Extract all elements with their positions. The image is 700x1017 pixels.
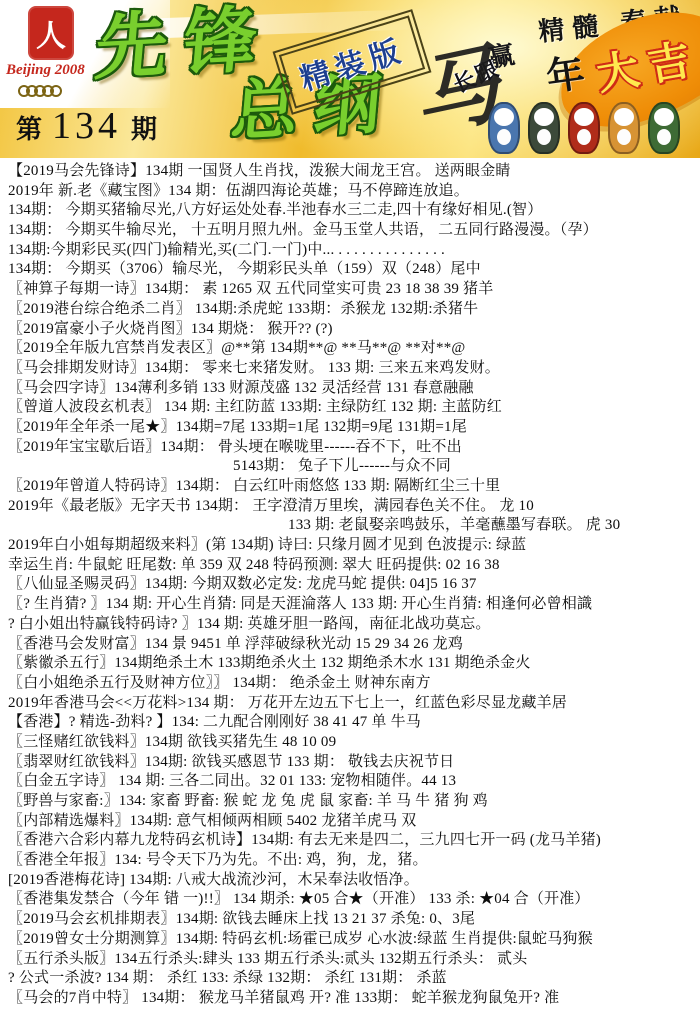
text-line: 〖翡翠财红欲钱料〗134期: 欲钱买感恩节 133 期： 敬钱去庆祝节日 — [8, 753, 698, 773]
text-line: 〖五行杀头版〗134五行杀头:肆头 133 期五行杀头:贰头 132期五行杀头：… — [8, 950, 698, 970]
year-char: 年 — [542, 42, 587, 102]
text-line: 〖白小姐绝杀五行及财神方位〗〗 134期： 绝杀金土 财神东南方 — [8, 674, 698, 694]
issue-prefix: 第 — [16, 115, 42, 144]
content-lines: 【2019马会先锋诗】134期 一国贤人生肖找，泼猴大闹龙王宫。 送两眼金睛20… — [0, 158, 700, 1009]
text-line: 〖香港六合彩内幕九龙特码玄机诗】134期: 有去无来是四二，三九四七开一码 (龙… — [8, 831, 698, 851]
fuwa-huanhuan-red-icon — [568, 102, 600, 154]
fuwa-jingjing-panda-icon — [528, 102, 560, 154]
text-line: 〖野兽与家畜:〗134: 家畜 野畜: 猴 蛇 龙 兔 虎 鼠 家畜: 羊 马 … — [8, 792, 698, 812]
text-line: 134期： 今期买猪输尽光,八方好运处处春.半池春水三二走,四十有缘好相见.(智… — [8, 201, 698, 221]
header-banner: 人 Beijing 2008 先锋 总纲 精装版 精髓 奉献 赢 长跟 马 年 … — [0, 0, 700, 158]
text-line: 〖香港马会发财富〗134 景 9451 单 浮萍破绿秋光动 15 29 34 2… — [8, 635, 698, 655]
text-line: 〖曾道人波段玄机表〗 134 期: 主红防蓝 133期: 主绿防红 132 期:… — [8, 398, 698, 418]
text-line: 〖三怪赌红欲钱料〗134期 欲钱买猪先生 48 10 09 — [8, 733, 698, 753]
text-line: 2019年白小姐每期超级来料〗(第 134期) 诗曰: 只缘月圆才见到 色波提示… — [8, 536, 698, 556]
text-line: 〖2019年宝宝歇后语〗134期： 骨头埂在喉咙里------吞不下，吐不出 — [8, 438, 698, 458]
fuwa-mascots-row — [488, 102, 688, 156]
text-line: 〖2019富豪小子火烧肖图〗134 期烧： 猴开?? (?) — [8, 320, 698, 340]
text-line: 2019年 新.老《藏宝图》134 期：伍湖四海论英雄；马不停蹄连放追。 — [8, 182, 698, 202]
text-line: 〖2019马会玄机排期表〗134期: 欲钱去睡床上找 13 21 37 杀兔: … — [8, 910, 698, 930]
text-line: 〖香港全年报〗134: 号令天下乃为先。不出: 鸡，狗，龙，猪。 — [8, 851, 698, 871]
text-line: 〖马会四字诗〗134薄利多销 133 财源茂盛 132 灵活经营 131 春意融… — [8, 379, 698, 399]
text-line: 【香港】? 精选-劲料? 】134: 二九配合刚刚好 38 41 47 单 牛马 — [8, 713, 698, 733]
text-line: 134期:今期彩民买(四门)输精光,买(二门.一门)中... . . . . .… — [8, 241, 698, 261]
fuwa-yingying-yellow-icon — [608, 102, 640, 154]
text-line: 幸运生肖: 牛鼠蛇 旺尾数: 单 359 双 248 特码预测: 翠大 旺码提供… — [8, 556, 698, 576]
text-line: 134期： 今期买（3706）输尽光， 今期彩民头单（159）双（248）尾中 — [8, 260, 698, 280]
masthead-title-line1: 先锋 — [92, 3, 275, 84]
text-line: ? 白小姐出特赢钱特码诗? 〗134 期: 英雄牙胆一路闯，南征北战功莫忘。 — [8, 615, 698, 635]
text-line: 〖? 生肖猜? 〗134 期: 开心生肖猜: 同是天涯淪落人 133 期: 开心… — [8, 595, 698, 615]
issue-suffix: 期 — [131, 115, 157, 144]
text-line: 〖白金五字诗〗 134 期: 三各二同出。32 01 133: 宠物相随伴。44… — [8, 772, 698, 792]
olympic-rings-icon — [18, 84, 58, 102]
text-line: 〖2019曾女士分期测算〗134期: 特码玄机:场霍已成岁 心水波:绿蓝 生肖提… — [8, 930, 698, 950]
text-line: 〖马会的7肖中特〗 134期： 猴龙马羊猪鼠鸡 开? 准 133期： 蛇羊猴龙狗… — [8, 989, 698, 1009]
fuwa-beibei-blue-icon — [488, 102, 520, 154]
text-line: 134期： 今期买牛输尽光， 十五明月照九州。金马玉堂人共语， 二五同行路漫漫。… — [8, 221, 698, 241]
text-line: 2019年《最老版》无字天书 134期： 王字澄清万里埃，满园春色关不住。 龙 … — [8, 497, 698, 517]
issue-label: 第134期 — [16, 104, 157, 148]
text-line: 〖香港集发禁合（今年 错 一)!!〗 134 期杀: ★05 合★（开准） 13… — [8, 890, 698, 910]
text-line: [2019香港梅花诗] 134期: 八戒大战流沙河，木呆奉法收悟净。 — [8, 871, 698, 891]
text-line: 5143期： 兔子下儿------与众不同 — [8, 457, 698, 477]
text-line: 〖2019年全年杀一尾★〗134期=7尾 133期=1尾 132期=9尾 131… — [8, 418, 698, 438]
text-line: ? 公式一杀波? 134 期： 杀红 133: 杀绿 132期： 杀红 131期… — [8, 969, 698, 989]
text-line: 〖2019港台综合绝杀二肖〗 134期:杀虎蛇 133期：杀猴龙 132期:杀猪… — [8, 300, 698, 320]
text-line: 【2019马会先锋诗】134期 一国贤人生肖找，泼猴大闹龙王宫。 送两眼金睛 — [8, 162, 698, 182]
beijing2008-seal-icon: 人 — [28, 6, 74, 60]
text-line: 〖八仙显圣赐灵码〗134期: 今期双数必定发: 龙虎马蛇 提供: 04]5 16… — [8, 575, 698, 595]
issue-number: 134 — [42, 105, 131, 147]
text-line: 〖神算子每期一诗〗134期： 素 1265 双 五代同堂实可贵 23 18 38… — [8, 280, 698, 300]
fuwa-nini-green-icon — [648, 102, 680, 154]
text-line: 〖2019年曾道人特码诗〗134期： 白云红叶雨悠悠 133 期: 隔断红尘三十… — [8, 477, 698, 497]
text-line: 〖内部精选爆料〗134期: 意气相倾两相顾 5402 龙猪羊虎马 双 — [8, 812, 698, 832]
text-line: 〖马会排期发财诗〗134期： 零来七来猪发财。 133 期: 三来五来鸡发财。 — [8, 359, 698, 379]
text-line: 133 期: 老鼠娶亲鸣鼓乐，羊毫蘸墨写春联。 虎 30 — [8, 516, 698, 536]
text-line: 〖2019全年版九宫禁肖发表区〗@**第 134期**@ **马**@ **对*… — [8, 339, 698, 359]
text-line: 2019年香港马会<<万花料>134 期： 万花开左边五下七上一，红蓝色彩尽显龙… — [8, 694, 698, 714]
text-line: 〖紫徽杀五行〗134期绝杀土木 133期绝杀火土 132 期绝杀木水 131 期… — [8, 654, 698, 674]
